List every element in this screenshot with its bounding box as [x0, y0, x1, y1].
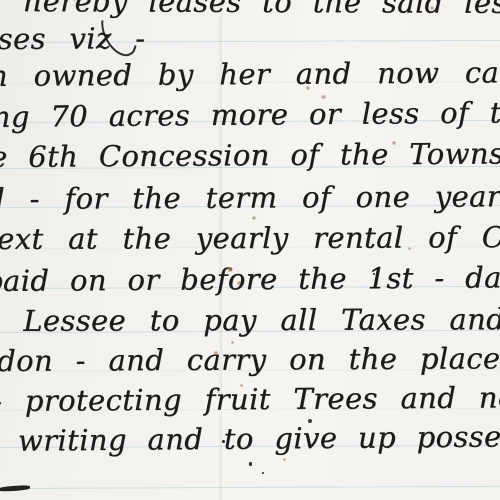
fox-spot — [392, 141, 396, 145]
fox-spot — [283, 458, 286, 461]
fox-spot — [430, 6, 434, 10]
handwriting-line: ises viz - — [0, 20, 145, 57]
ink-speck — [262, 472, 264, 474]
ink-speck — [373, 273, 375, 275]
fox-spot — [240, 384, 243, 387]
ink-speck — [222, 440, 225, 443]
ruled-line — [0, 486, 500, 489]
fox-spot — [214, 351, 218, 355]
handwriting-line: m owned by her and now carried — [0, 54, 500, 94]
handwriting-line: next at the yearly rental of On — [0, 219, 500, 257]
handwriting-line: e Lessee to pay all Taxes and ass — [0, 301, 500, 339]
fox-spot — [237, 281, 241, 285]
fox-spot — [321, 95, 326, 99]
fox-spot — [231, 341, 234, 344]
handwriting-line: s writing and to give up possession — [0, 418, 500, 459]
pen-stroke-fragment — [0, 485, 30, 492]
handwriting-line: e 6th Concession of the Township of Cra — [0, 134, 500, 175]
handwriting-line: d hereby leases to the said lessee and — [0, 0, 500, 21]
ink-speck — [308, 419, 312, 423]
handwriting-line: ing 70 acres more or less of the North — [0, 93, 500, 135]
handwriting-line: d - for the term of one year from — [0, 178, 500, 217]
fox-spot — [306, 86, 310, 90]
fox-spot — [408, 247, 411, 250]
ink-speck — [249, 462, 252, 466]
handwriting-line: ndon - and carry on the place in a — [0, 340, 500, 379]
fox-spot — [227, 267, 233, 272]
fox-spot — [252, 216, 256, 220]
handwriting-line: paid on or before the 1st - day of O — [0, 259, 500, 299]
manuscript-page: d hereby leases to the said lessee and i… — [0, 0, 500, 500]
handwriting-line: - protecting fruit Trees and not to — [0, 379, 500, 419]
